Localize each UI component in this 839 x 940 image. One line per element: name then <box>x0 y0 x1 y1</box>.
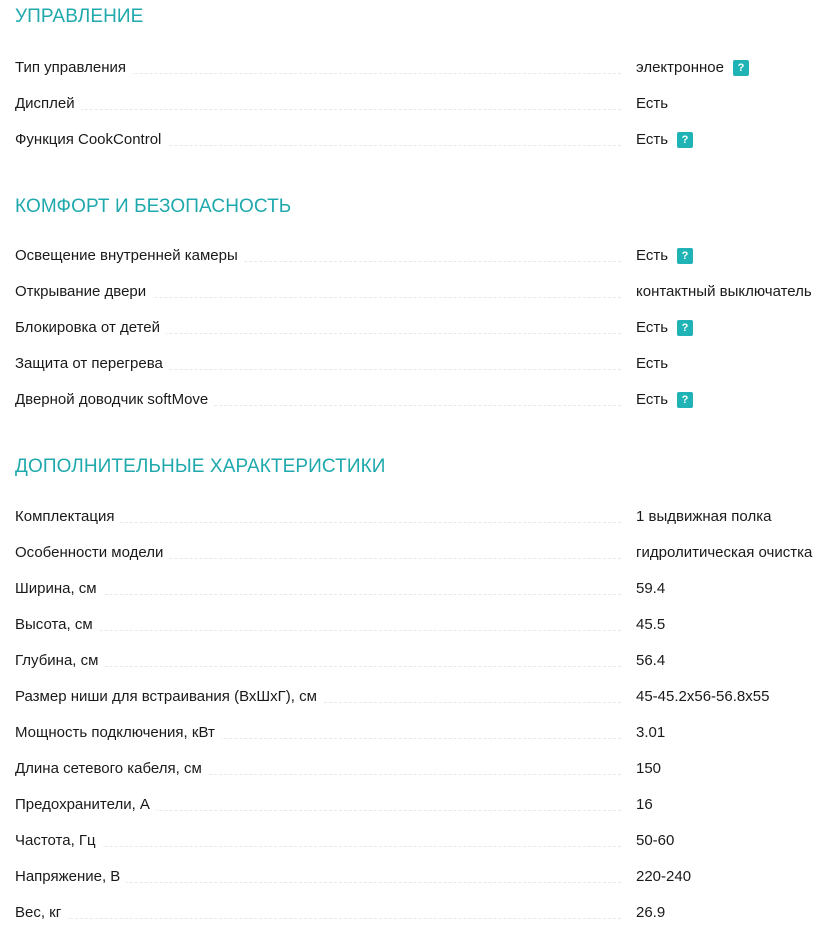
spec-label: Открывание двери <box>15 282 152 302</box>
spec-label: Высота, см <box>15 615 99 635</box>
spec-list: Тип управленияэлектронное?ДисплейЕстьФун… <box>0 58 839 166</box>
spec-label: Блокировка от детей <box>15 318 166 338</box>
help-icon[interactable]: ? <box>677 320 693 336</box>
spec-row: Размер ниши для встраивания (ВхШхГ), см4… <box>0 687 839 723</box>
spec-row: Комплектация1 выдвижная полка <box>0 507 839 543</box>
spec-row: Напряжение, В220-240 <box>0 867 839 903</box>
spec-row: Частота, Гц50-60 <box>0 831 839 867</box>
spec-label: Частота, Гц <box>15 831 102 851</box>
section-title: КОМФОРТ И БЕЗОПАСНОСТЬ <box>15 196 291 218</box>
spec-value-text: 45-45.2x56-56.8x55 <box>636 687 769 707</box>
spec-value: 150 <box>636 759 661 779</box>
spec-value: 3.01 <box>636 723 665 743</box>
help-icon[interactable]: ? <box>677 132 693 148</box>
spec-value: 1 выдвижная полка <box>636 507 771 527</box>
spec-row: Дверной доводчик softMoveЕсть? <box>0 390 839 426</box>
spec-row: ДисплейЕсть <box>0 94 839 130</box>
spec-row: Открывание двериконтактный выключатель <box>0 282 839 318</box>
spec-value-text: Есть <box>636 354 668 374</box>
dotted-leader <box>15 918 621 919</box>
spec-value-text: гидролитическая очистка <box>636 543 812 563</box>
spec-label: Тип управления <box>15 58 132 78</box>
spec-value-text: электронное <box>636 58 724 78</box>
spec-label: Функция CookControl <box>15 130 167 150</box>
spec-label: Размер ниши для встраивания (ВхШхГ), см <box>15 687 323 707</box>
spec-value: 45-45.2x56-56.8x55 <box>636 687 769 707</box>
spec-value-text: контактный выключатель <box>636 282 812 302</box>
spec-row: Предохранители, А16 <box>0 795 839 831</box>
spec-label: Комплектация <box>15 507 120 527</box>
spec-value: 50-60 <box>636 831 674 851</box>
spec-row: Освещение внутренней камерыЕсть? <box>0 246 839 282</box>
dotted-leader <box>15 846 621 847</box>
spec-row: Длина сетевого кабеля, см150 <box>0 759 839 795</box>
spec-value: 56.4 <box>636 651 665 671</box>
spec-value-text: 26.9 <box>636 903 665 923</box>
help-icon[interactable]: ? <box>733 60 749 76</box>
spec-value-text: Есть <box>636 130 668 150</box>
spec-label: Дверной доводчик softMove <box>15 390 214 410</box>
spec-label: Предохранители, А <box>15 795 156 815</box>
spec-value: 26.9 <box>636 903 665 923</box>
spec-row: Глубина, см56.4 <box>0 651 839 687</box>
spec-label: Ширина, см <box>15 579 103 599</box>
spec-row: Функция CookControlЕсть? <box>0 130 839 166</box>
spec-value: Есть? <box>636 318 693 338</box>
spec-value-text: Есть <box>636 390 668 410</box>
dotted-leader <box>15 630 621 631</box>
spec-row: Особенности моделигидролитическая очистк… <box>0 543 839 579</box>
spec-value: контактный выключатель <box>636 282 812 302</box>
spec-value-text: Есть <box>636 318 668 338</box>
spec-list: Освещение внутренней камерыЕсть?Открыван… <box>0 246 839 426</box>
dotted-leader <box>15 109 621 110</box>
spec-label: Защита от перегрева <box>15 354 169 374</box>
spec-value: 59.4 <box>636 579 665 599</box>
dotted-leader <box>15 666 621 667</box>
spec-value-text: 50-60 <box>636 831 674 851</box>
spec-label: Глубина, см <box>15 651 104 671</box>
spec-value: Есть? <box>636 246 693 266</box>
spec-label: Освещение внутренней камеры <box>15 246 244 266</box>
spec-value: 220-240 <box>636 867 691 887</box>
section-title: ДОПОЛНИТЕЛЬНЫЕ ХАРАКТЕРИСТИКИ <box>15 456 386 478</box>
spec-label: Длина сетевого кабеля, см <box>15 759 208 779</box>
help-icon[interactable]: ? <box>677 392 693 408</box>
spec-row: Высота, см45.5 <box>0 615 839 651</box>
spec-label: Мощность подключения, кВт <box>15 723 221 743</box>
spec-label: Особенности модели <box>15 543 169 563</box>
spec-label: Вес, кг <box>15 903 67 923</box>
spec-value: Есть <box>636 94 668 114</box>
spec-value-text: 59.4 <box>636 579 665 599</box>
section-title: УПРАВЛЕНИЕ <box>15 6 143 28</box>
spec-label: Напряжение, В <box>15 867 126 887</box>
spec-row: Тип управленияэлектронное? <box>0 58 839 94</box>
spec-value-text: Есть <box>636 246 668 266</box>
spec-value: Есть? <box>636 130 693 150</box>
spec-row: Блокировка от детейЕсть? <box>0 318 839 354</box>
spec-value: 16 <box>636 795 653 815</box>
spec-row: Ширина, см59.4 <box>0 579 839 615</box>
spec-value: электронное? <box>636 58 749 78</box>
spec-value-text: 45.5 <box>636 615 665 635</box>
spec-value-text: Есть <box>636 94 668 114</box>
spec-value: Есть <box>636 354 668 374</box>
spec-row: Вес, кг26.9 <box>0 903 839 939</box>
spec-list: Комплектация1 выдвижная полкаОсобенности… <box>0 507 839 939</box>
spec-row: Защита от перегреваЕсть <box>0 354 839 390</box>
spec-value-text: 16 <box>636 795 653 815</box>
dotted-leader <box>15 594 621 595</box>
spec-row: Мощность подключения, кВт3.01 <box>0 723 839 759</box>
spec-value-text: 56.4 <box>636 651 665 671</box>
spec-value-text: 1 выдвижная полка <box>636 507 771 527</box>
help-icon[interactable]: ? <box>677 248 693 264</box>
spec-label: Дисплей <box>15 94 81 114</box>
spec-value-text: 3.01 <box>636 723 665 743</box>
spec-value: 45.5 <box>636 615 665 635</box>
spec-value-text: 150 <box>636 759 661 779</box>
spec-value: гидролитическая очистка <box>636 543 812 563</box>
spec-value-text: 220-240 <box>636 867 691 887</box>
spec-value: Есть? <box>636 390 693 410</box>
